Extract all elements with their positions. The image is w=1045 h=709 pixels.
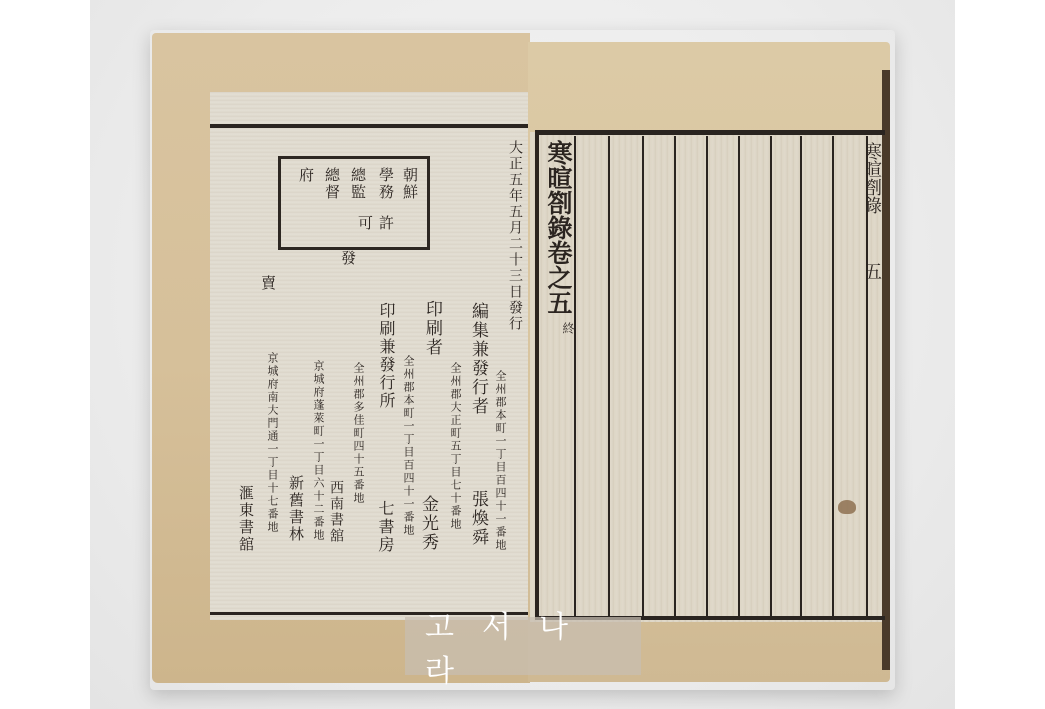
column-line <box>642 136 644 616</box>
print-house-name: 七書房 <box>374 500 397 554</box>
column-line <box>832 136 834 616</box>
watermark: 고서나라 <box>405 617 641 675</box>
column-line <box>800 136 802 616</box>
column-line <box>770 136 772 616</box>
column-line <box>608 136 610 616</box>
right-outer-rule <box>535 132 539 618</box>
editor-label: 編集兼發行者 <box>466 302 491 416</box>
right-top-rule <box>535 130 885 135</box>
permit-col-5: 府 <box>296 167 317 184</box>
permit-col-1: 朝鮮 <box>400 167 421 201</box>
permit-col-4: 總督 <box>322 167 343 201</box>
seller1-name: 西南書舘 <box>326 480 346 544</box>
printer-label: 印刷者 <box>420 300 445 357</box>
print-house-address: 全州郡多佳町四十五番地 <box>350 362 366 505</box>
printer-address: 全州郡大正町五丁目七十番地 <box>447 362 463 531</box>
printer-name: 金光秀 <box>416 495 441 552</box>
seller2-address: 京城府蓬萊町一丁目六十二番地 <box>310 360 326 542</box>
paper-stain <box>838 500 856 514</box>
issue-date: 大正五年五月二十三日發行 <box>505 140 525 332</box>
edge-title: 寒暄劄錄 <box>868 142 884 214</box>
seller1-address: 全州郡本町一丁目百四十一番地 <box>400 355 416 537</box>
column-line <box>674 136 676 616</box>
edge-volume: 五 <box>868 262 884 282</box>
issue-mark: 發 <box>338 250 359 267</box>
editor-name: 張煥舜 <box>466 490 491 547</box>
top-border-rule <box>210 124 528 128</box>
permit-col-2b: 許可 <box>355 215 397 247</box>
permit-col-2: 學務 <box>376 167 397 201</box>
editor-address: 全州郡本町一丁目百四十一番地 <box>492 370 508 552</box>
seller3-address: 京城府南大門通一丁目十七番地 <box>264 352 280 534</box>
seller3-name: 滙東書舘 <box>236 485 257 553</box>
end-mark: 終 <box>560 322 577 336</box>
seller-mark: 賣 <box>258 275 279 292</box>
volume-title: 寒暄劄錄卷之五 <box>540 140 576 315</box>
column-line <box>706 136 708 616</box>
print-house-label: 印刷兼發行所 <box>375 302 398 410</box>
permit-box: 朝鮮 學務 許可 總監 總督 府 <box>278 156 430 250</box>
permit-col-3: 總監 <box>348 167 369 201</box>
seller2-name: 新舊書林 <box>286 475 307 543</box>
column-line <box>738 136 740 616</box>
